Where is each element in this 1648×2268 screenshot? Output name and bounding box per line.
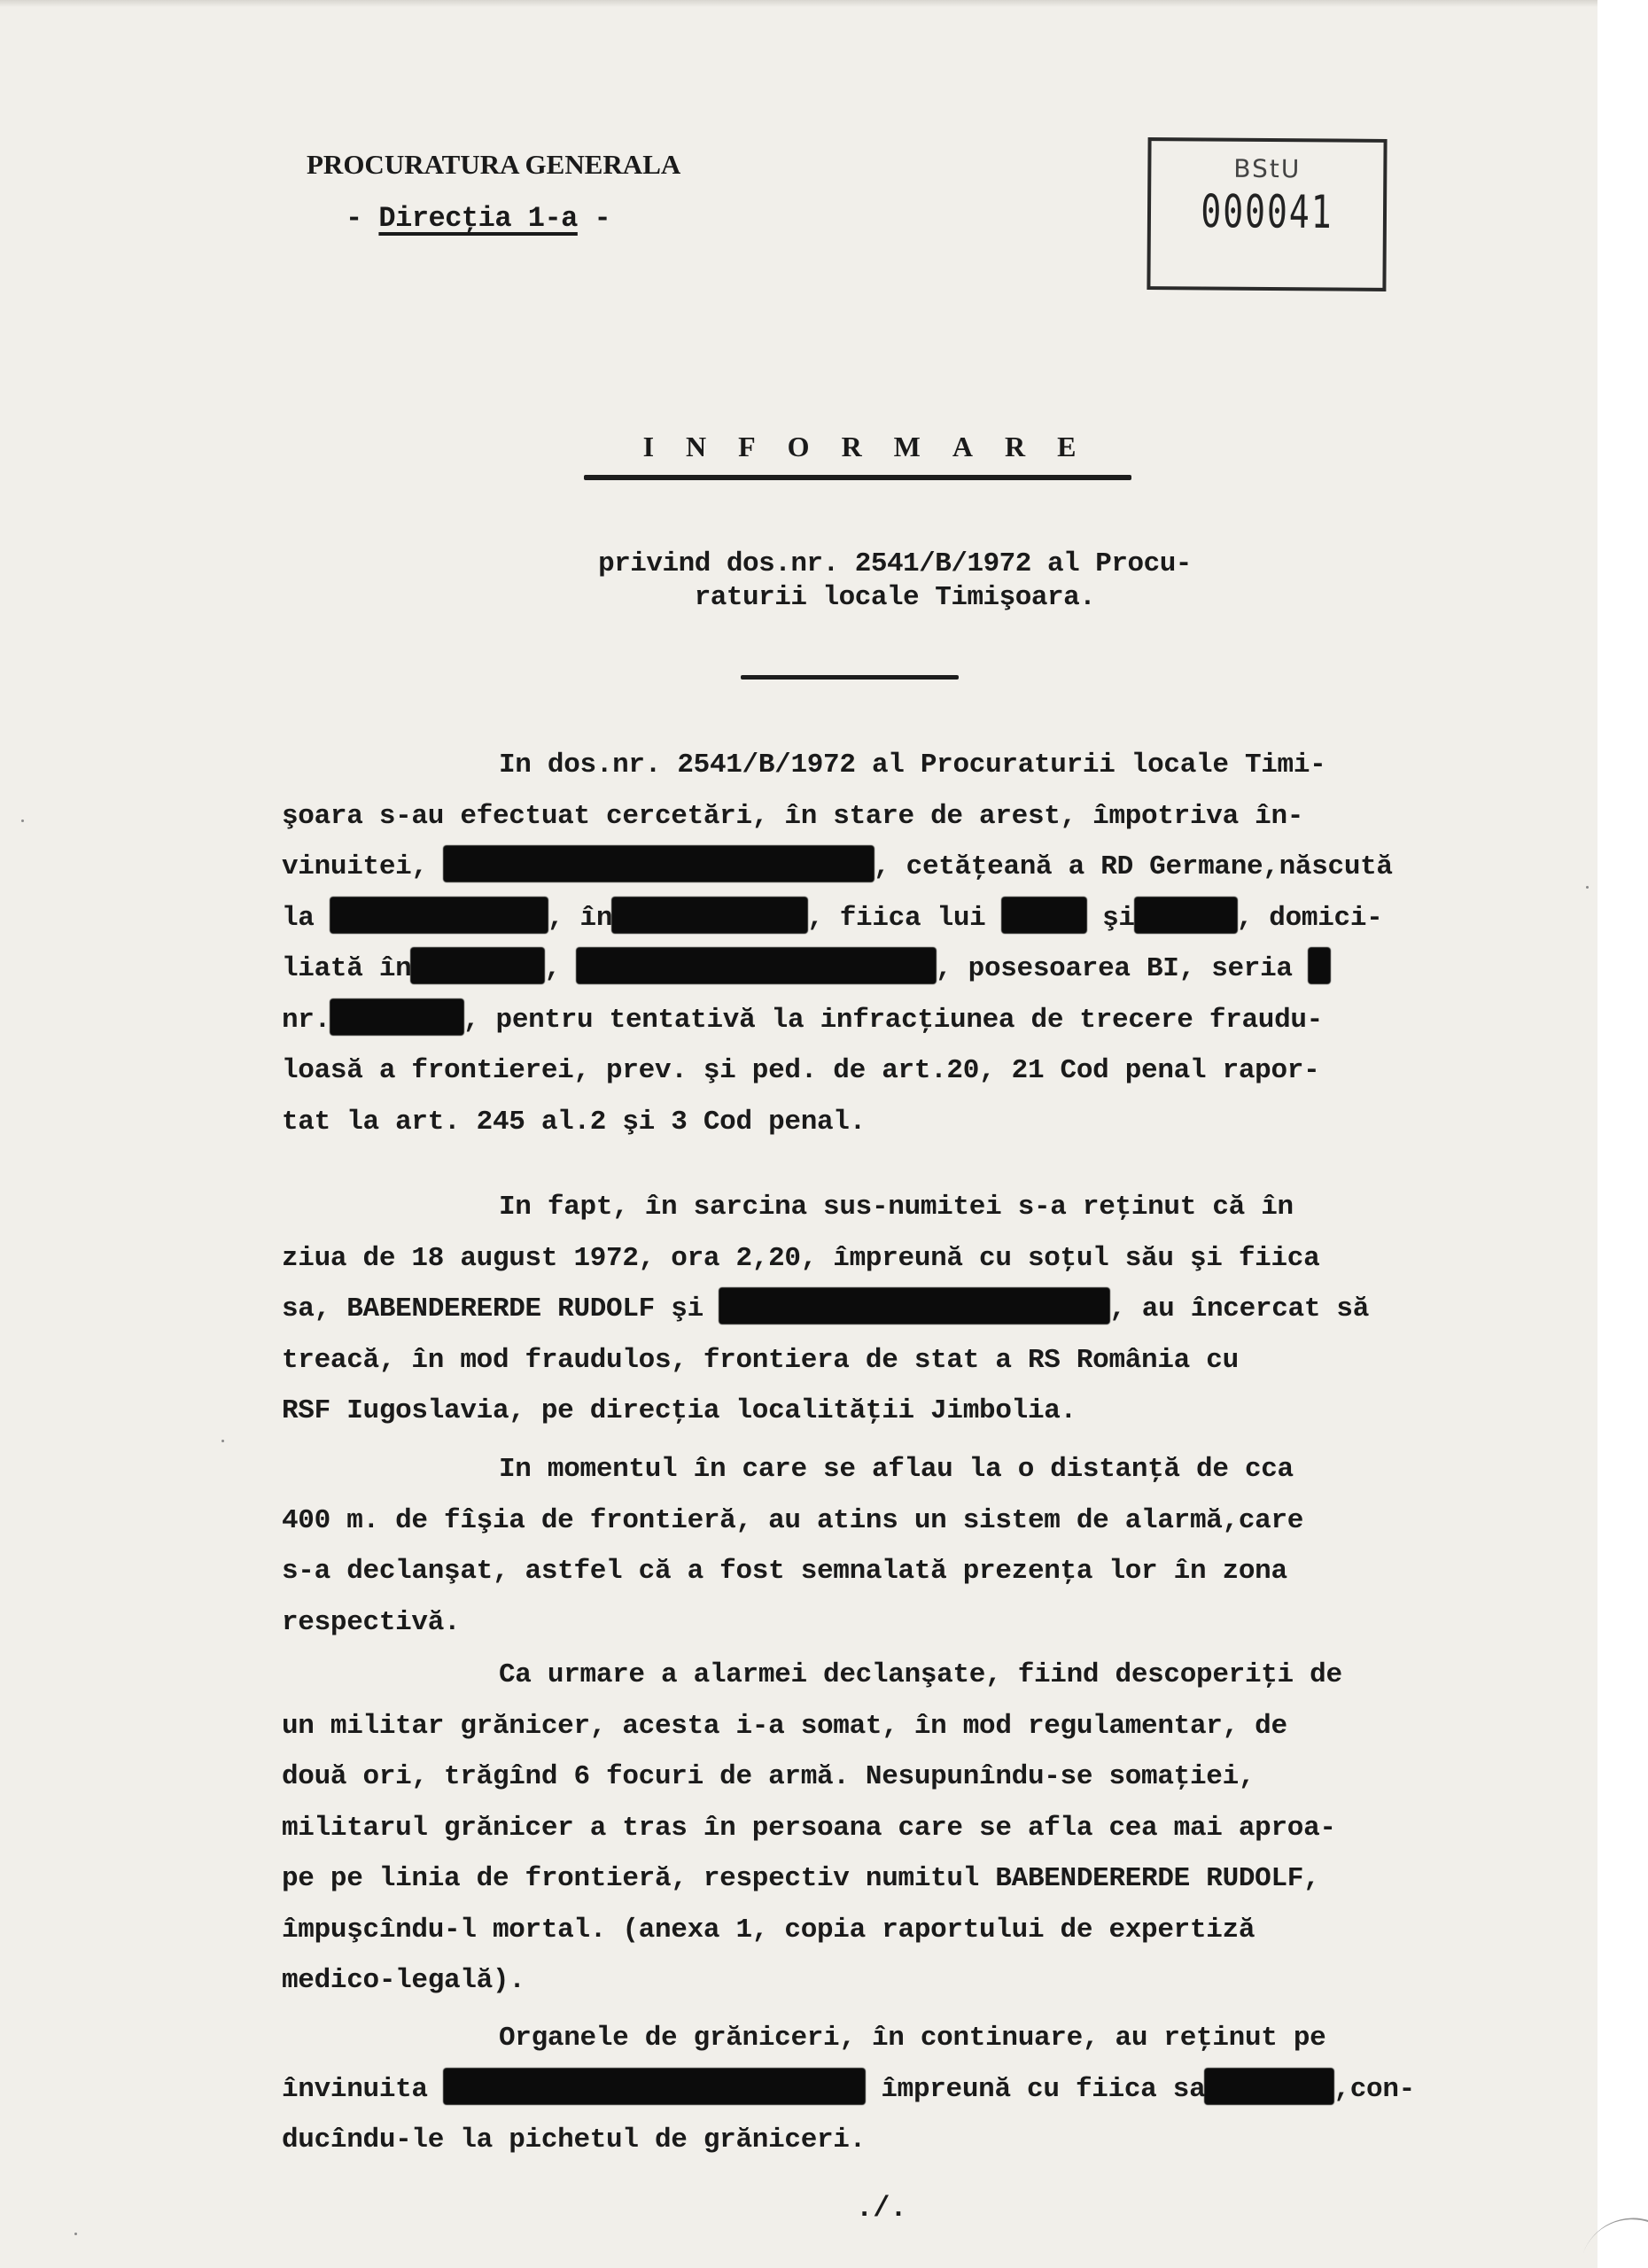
redaction-block [719, 1288, 1109, 1324]
text-line: Ca urmare a alarmei declanşate, fiind de… [282, 1650, 1558, 1701]
redaction-block [577, 948, 936, 983]
dash-suffix: - [578, 202, 610, 235]
redaction-block [330, 999, 463, 1035]
archive-page-number: 000041 [1151, 184, 1383, 238]
text-line: sa, BABENDERERDE RUDOLF şi , au încercat… [282, 1284, 1558, 1335]
text-segment: la [282, 903, 330, 934]
paper-speck [21, 819, 24, 822]
document-title: INFORMARE [585, 431, 1134, 463]
text-segment: , [544, 953, 577, 984]
text-line: vinuitei, , cetăţeană a RD Germane,născu… [282, 842, 1558, 893]
paragraph-5: Organele de grăniceri, în continuare, au… [282, 2013, 1558, 2166]
text-line: împuşcîndu-l mortal. (anexa 1, copia rap… [282, 1905, 1558, 1956]
paper-speck [74, 2233, 77, 2235]
redaction-block [612, 897, 807, 933]
title-underline [584, 475, 1131, 480]
paragraph-4: Ca urmare a alarmei declanşate, fiind de… [282, 1650, 1558, 2007]
subject-line: raturii locale Timişoara. [496, 581, 1294, 615]
paragraph-1: In dos.nr. 2541/B/1972 al Procuraturii l… [282, 740, 1558, 1147]
paper-speck [1586, 886, 1589, 889]
text-line: un militar grănicer, acesta i-a somat, î… [282, 1701, 1558, 1752]
subject-line: privind dos.nr. 2541/B/1972 al Procu- [496, 548, 1294, 581]
archive-stamp: BStU 000041 [1147, 137, 1387, 291]
document-subject: privind dos.nr. 2541/B/1972 al Procu- ra… [496, 548, 1294, 615]
scan-edge-shadow [0, 0, 1597, 7]
redaction-block [1205, 2069, 1333, 2104]
text-line: ducîndu-le la pichetul de grăniceri. [282, 2115, 1558, 2166]
text-line: Organele de grăniceri, în continuare, au… [282, 2013, 1558, 2064]
text-segment: ,con- [1333, 2074, 1415, 2105]
paper-speck [222, 1440, 224, 1442]
text-line: liată în, , posesoarea BI, seria [282, 944, 1558, 995]
text-segment: liată în [282, 953, 411, 984]
text-segment: , cetăţeană a RD Germane,născută [874, 851, 1393, 882]
department-line: - Direcţia 1-a - [346, 205, 680, 233]
text-line: In dos.nr. 2541/B/1972 al Procuraturii l… [282, 740, 1558, 791]
archive-name: BStU [1151, 153, 1383, 184]
text-segment: , domici- [1237, 903, 1383, 934]
redaction-block [444, 846, 874, 882]
issuing-office: PROCURATURA GENERALA [307, 151, 680, 178]
redaction-block [1002, 897, 1086, 933]
text-line: nr., pentru tentativă la infracţiunea de… [282, 995, 1558, 1046]
letterhead: PROCURATURA GENERALA - Direcţia 1-a - [307, 151, 680, 233]
text-line: la , în, fiica lui şi, domici- [282, 893, 1558, 944]
text-line: s-a declanşat, astfel că a fost semnalat… [282, 1546, 1558, 1597]
text-line: loasă a frontierei, prev. şi ped. de art… [282, 1045, 1558, 1097]
redaction-block [444, 2069, 865, 2104]
text-line: două ori, trăgînd 6 focuri de armă. Nesu… [282, 1751, 1558, 1803]
redaction-block [1135, 897, 1237, 933]
text-line: ziua de 18 august 1972, ora 2,20, împreu… [282, 1233, 1558, 1285]
text-segment: împreună cu fiica sa [865, 2074, 1205, 2105]
continuation-mark: ./. [856, 2192, 907, 2225]
scan-margin [1597, 0, 1648, 2268]
text-segment: învinuita [282, 2074, 444, 2105]
text-segment: , au încercat să [1109, 1293, 1369, 1324]
text-line: pe pe linia de frontieră, respectiv numi… [282, 1853, 1558, 1905]
document-page: PROCURATURA GENERALA - Direcţia 1-a - BS… [0, 0, 1597, 2268]
redaction-block [411, 948, 544, 983]
text-segment: nr. [282, 1005, 330, 1036]
department-name: Direcţia 1-a [378, 202, 577, 235]
text-segment: , pentru tentativă la infracţiunea de tr… [463, 1005, 1323, 1036]
text-line: medico-legală). [282, 1955, 1558, 2007]
text-line: RSF Iugoslavia, pe direcţia localităţii … [282, 1386, 1558, 1437]
text-line: treacă, în mod fraudulos, frontiera de s… [282, 1335, 1558, 1386]
text-segment: sa, BABENDERERDE RUDOLF şi [282, 1293, 719, 1324]
text-line: 400 m. de fîşia de frontieră, au atins u… [282, 1495, 1558, 1547]
paragraph-2: In fapt, în sarcina sus-numitei s-a reţi… [282, 1182, 1558, 1437]
text-line: In fapt, în sarcina sus-numitei s-a reţi… [282, 1182, 1558, 1233]
dash-prefix: - [346, 202, 378, 235]
redaction-block [330, 897, 548, 933]
text-segment: vinuitei, [282, 851, 444, 882]
text-line: tat la art. 245 al.2 şi 3 Cod penal. [282, 1097, 1558, 1148]
text-segment: , în [548, 903, 612, 934]
text-line: învinuita împreună cu fiica sa,con- [282, 2064, 1558, 2116]
text-segment: şi [1086, 903, 1135, 934]
text-segment: , posesoarea BI, seria [936, 953, 1309, 984]
paragraph-3: In momentul în care se aflau la o distan… [282, 1444, 1558, 1648]
text-line: militarul grănicer a tras în persoana ca… [282, 1803, 1558, 1854]
text-segment: , fiica lui [807, 903, 1002, 934]
redaction-block [1309, 948, 1330, 983]
subject-divider [741, 675, 959, 680]
text-line: respectivă. [282, 1597, 1558, 1649]
text-line: In momentul în care se aflau la o distan… [282, 1444, 1558, 1495]
text-line: şoara s-au efectuat cercetări, în stare … [282, 791, 1558, 843]
